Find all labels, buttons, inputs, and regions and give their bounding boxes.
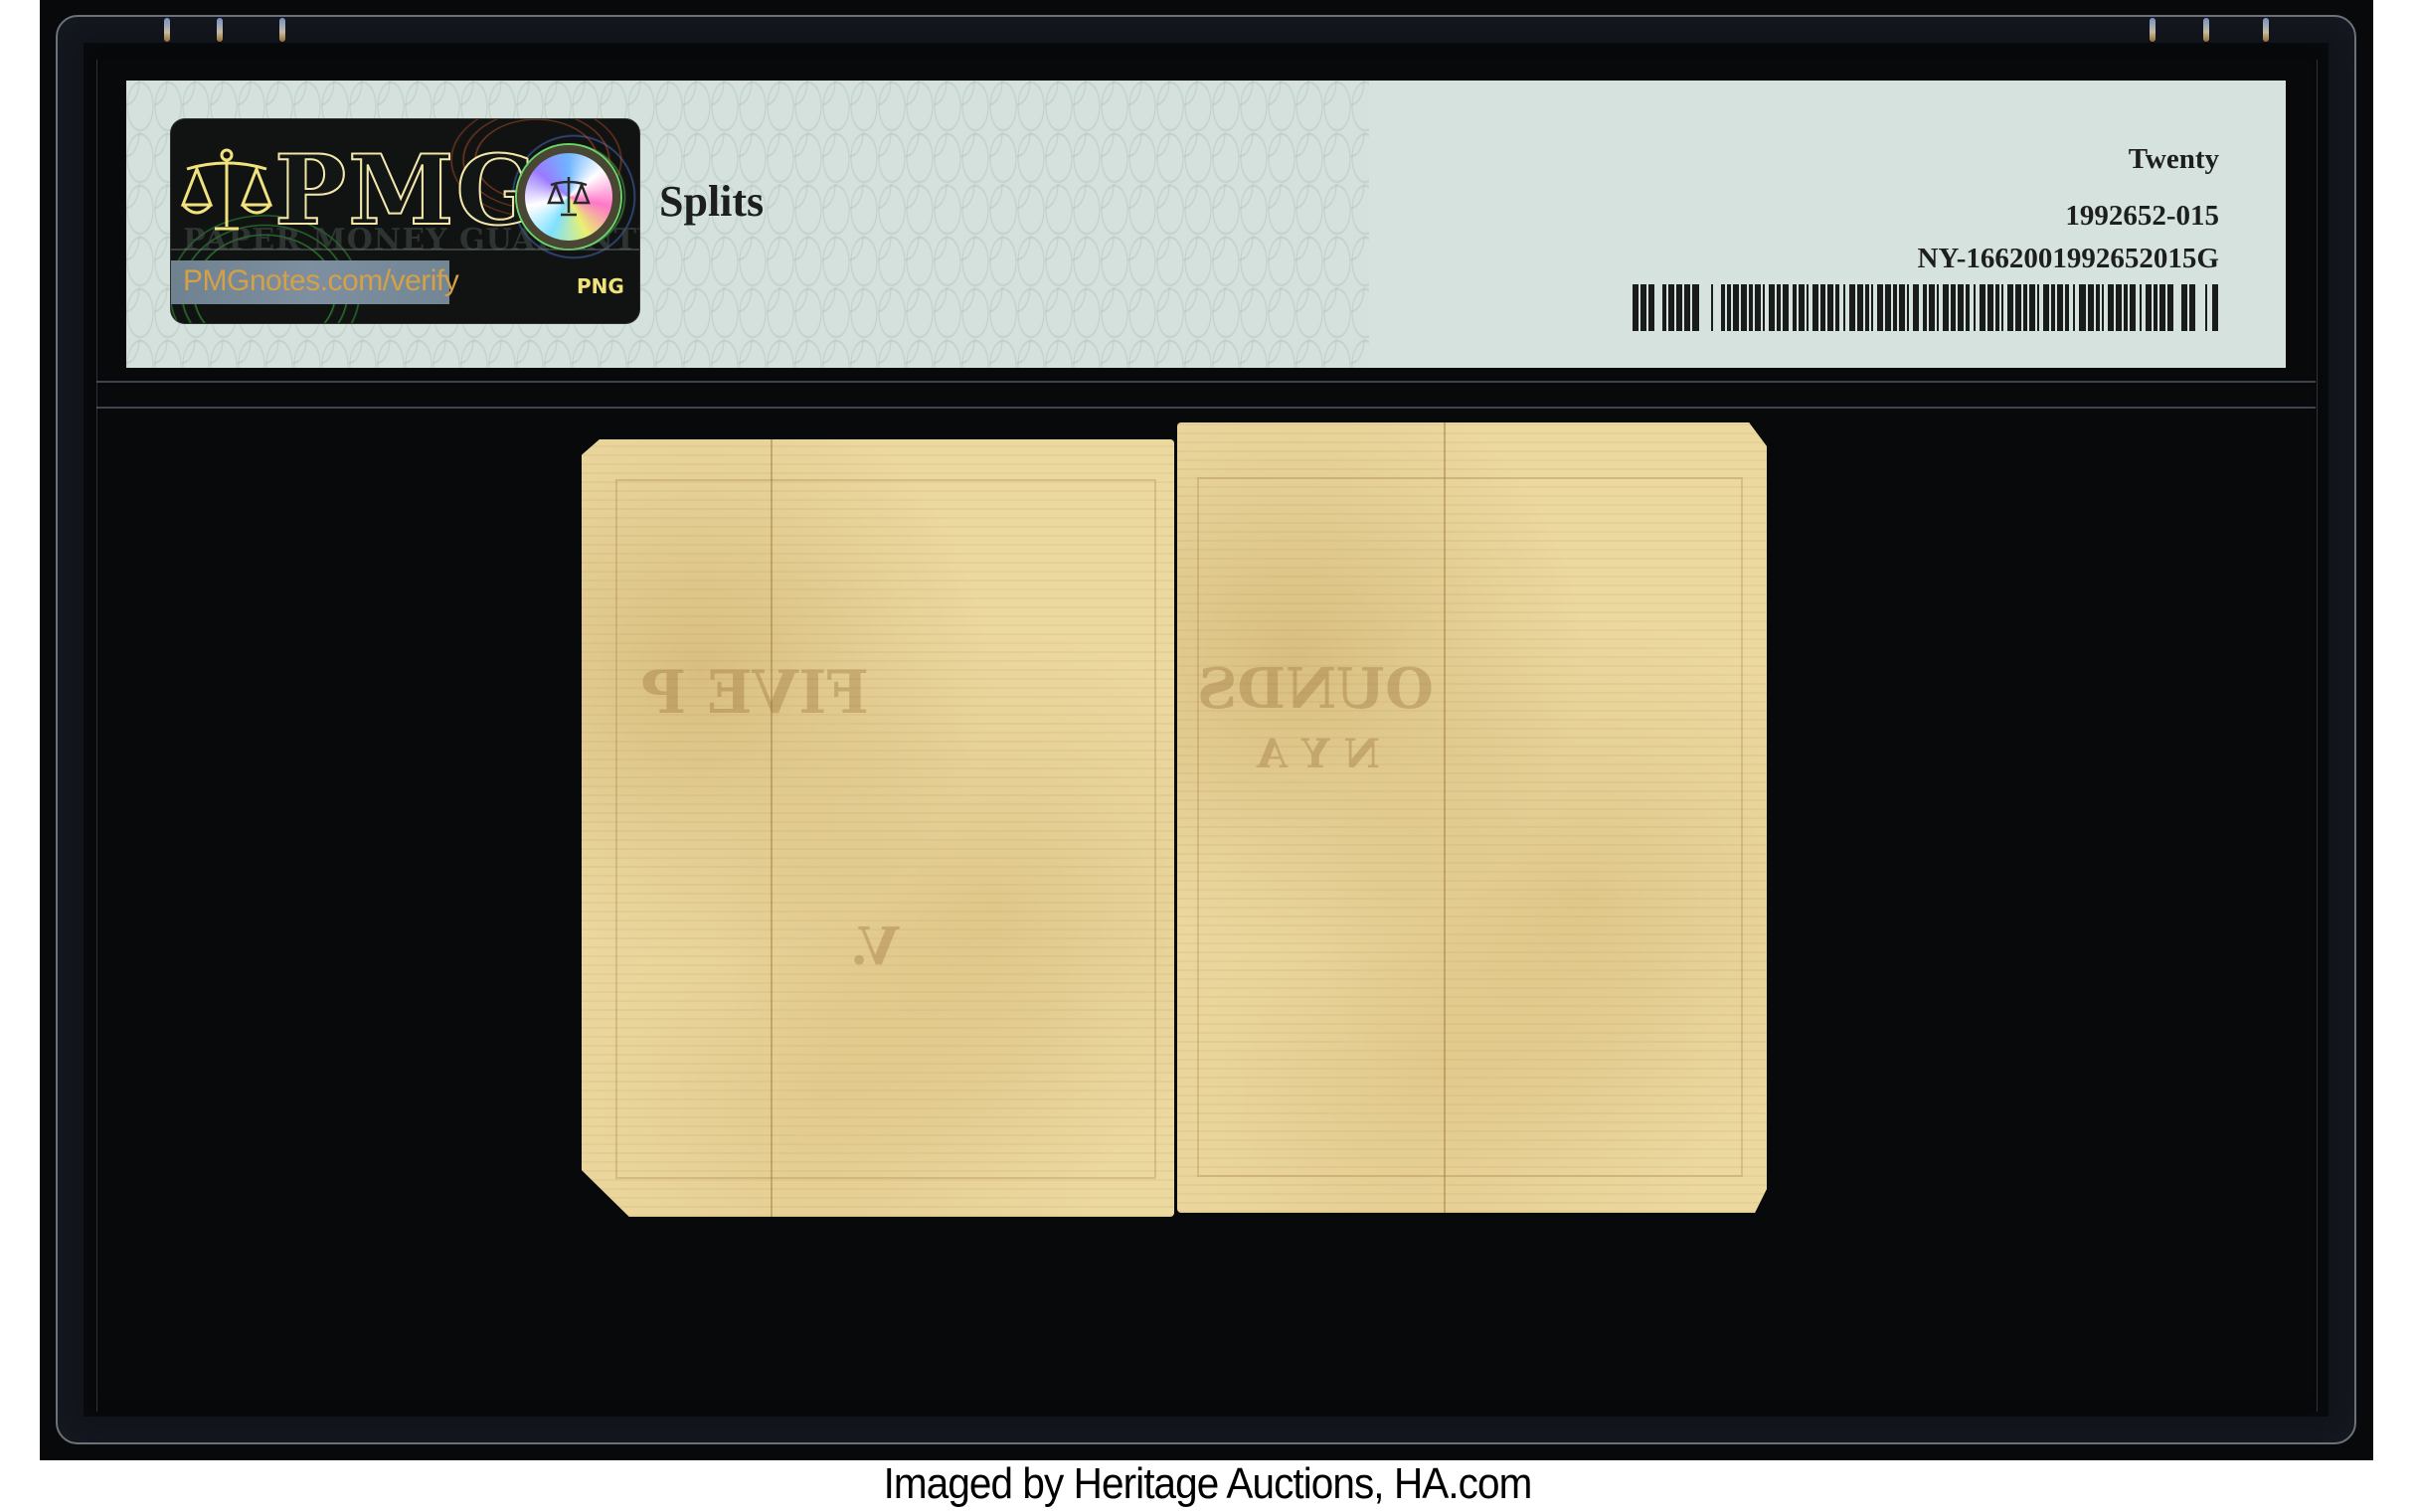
note-print-border [615, 479, 1156, 1179]
holder-frame-line [96, 381, 2316, 383]
holder-crimp [279, 18, 285, 42]
barcode-bar [1713, 284, 1721, 331]
scales-of-justice-icon [179, 147, 274, 239]
seal-scales-icon [547, 173, 591, 219]
hologram-seal-icon [517, 145, 620, 249]
verify-url[interactable]: PMGnotes.com/verify [183, 264, 458, 298]
holder-crimp [217, 18, 223, 42]
verify-band: PMGnotes.com/verify [171, 260, 449, 304]
holder-crimp [164, 18, 170, 42]
note-fold [1444, 422, 1446, 1213]
hologram-code: PNG [577, 274, 624, 298]
note-left-half: FIVE P V. [582, 439, 1174, 1217]
grading-label: PAPER MONEY GUARANTY PMG PMGnotes.com/ve… [126, 81, 2286, 368]
barcode-bar [1699, 284, 1711, 331]
cert-number: NY-1662001992652015G [1918, 243, 2219, 275]
barcode-bar [2173, 284, 2181, 331]
sticker-divider [171, 249, 639, 251]
note-right-half: OUNDS N Y A [1177, 422, 1767, 1213]
faded-print: N Y A [1257, 731, 1380, 777]
holder-crimp [2150, 18, 2156, 42]
note-print-border [1197, 477, 1743, 1177]
holder-crimp [2263, 18, 2269, 42]
pmg-hologram-sticker: PAPER MONEY GUARANTY PMG PMGnotes.com/ve… [171, 119, 639, 323]
barcode [1633, 284, 2218, 331]
barcode-bar [1654, 284, 1662, 331]
faded-print: V. [850, 917, 899, 977]
holder-crimp [2203, 18, 2209, 42]
label-comment: Splits [659, 176, 764, 227]
denomination: Twenty [2129, 143, 2219, 176]
image-credit: Imaged by Heritage Auctions, HA.com [96, 1459, 2319, 1509]
faded-print: OUNDS [1197, 656, 1434, 722]
barcode-bar [2212, 284, 2218, 331]
faded-print: FIVE P [641, 658, 869, 728]
pmg-wordmark: PMG [274, 141, 539, 241]
note-fold [771, 439, 773, 1217]
serial-number: 1992652-015 [2065, 200, 2219, 233]
barcode-bar [2195, 284, 2205, 331]
holder-frame-line [96, 407, 2316, 409]
